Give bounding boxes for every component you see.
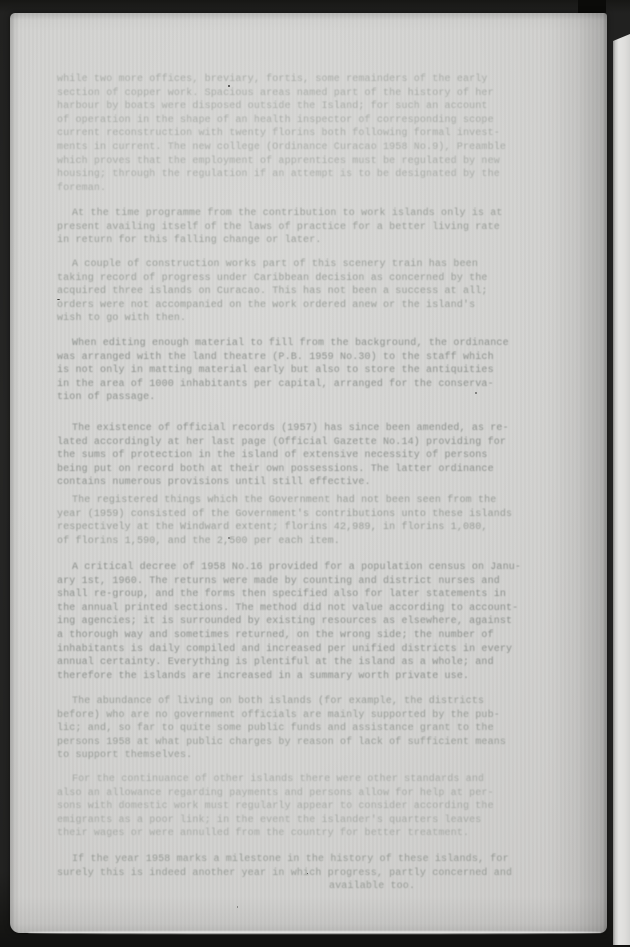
text-line: taking record of progress under Caribbea… — [57, 272, 557, 286]
paragraph: A couple of construction works part of t… — [57, 258, 557, 326]
text-line: being put on record both at their own po… — [57, 463, 557, 477]
text-column: while two more offices, breviary, fortis… — [57, 13, 557, 933]
text-line: inhabitants is daily compiled and increa… — [57, 643, 557, 657]
dust-speck — [228, 85, 230, 87]
paragraph: For the continuance of other islands the… — [57, 773, 557, 841]
paragraph: The existence of official records (1957)… — [57, 422, 557, 490]
text-line: The abundance of living on both islands … — [57, 695, 557, 709]
text-line: which proves that the employment of appr… — [57, 155, 557, 169]
text-line: their wages or were annulled from the co… — [57, 827, 557, 841]
text-line: a thorough way and sometimes returned, o… — [57, 629, 557, 643]
text-line: The registered things which the Governme… — [57, 494, 557, 508]
text-line: in return for this falling change or lat… — [57, 234, 557, 248]
text-line: the sums of protection in the island of … — [57, 449, 557, 463]
text-line: persons 1958 at what public charges by r… — [57, 736, 557, 750]
text-line: section of copper work. Spacious areas n… — [57, 87, 557, 101]
text-line: of florins 1,590, and the 2,500 per each… — [57, 535, 557, 549]
text-line: year (1959) consisted of the Government'… — [57, 508, 557, 522]
text-line: housing; through the regulation if an at… — [57, 168, 557, 182]
text-line: annual certainty. Everything is plentifu… — [57, 656, 557, 670]
text-line: of operation in the shape of an health i… — [57, 114, 557, 128]
text-line: before) who are no government officials … — [57, 709, 557, 723]
text-line: available too. — [57, 880, 557, 894]
text-line: contains numerous provisions until still… — [57, 476, 557, 490]
text-line: shall re-group, and the forms then speci… — [57, 588, 557, 602]
text-line: If the year 1958 marks a milestone in th… — [57, 853, 557, 867]
text-line: ments in current. The new college (Ordin… — [57, 141, 557, 155]
text-line: When editing enough material to fill fro… — [57, 337, 557, 351]
document-page: while two more offices, breviary, fortis… — [10, 13, 607, 933]
text-line: present availing itself of the laws of p… — [57, 221, 557, 235]
adjacent-page-edge — [613, 34, 630, 945]
paragraph: The abundance of living on both islands … — [57, 695, 557, 763]
text-line: For the continuance of other islands the… — [57, 773, 557, 787]
text-line: lic; and, so far to quite some public fu… — [57, 722, 557, 736]
text-line: to support themselves. — [57, 749, 557, 763]
paragraph: At the time programme from the contribut… — [57, 207, 557, 248]
text-line: therefore the islands are increased in a… — [57, 670, 557, 684]
dust-speck — [237, 906, 238, 908]
text-line: lated accordingly at her last page (Offi… — [57, 436, 557, 450]
text-line: foreman. — [57, 182, 557, 196]
text-line: sons with domestic work must regularly a… — [57, 800, 557, 814]
paragraph: When editing enough material to fill fro… — [57, 337, 557, 405]
text-line: wish to go with then. — [57, 312, 557, 326]
paragraph: The registered things which the Governme… — [57, 494, 557, 548]
paragraph: while two more offices, breviary, fortis… — [57, 73, 557, 195]
scan-background: while two more offices, breviary, fortis… — [0, 0, 630, 947]
dust-speck — [307, 873, 308, 874]
text-line: the annual printed sections. The method … — [57, 602, 557, 616]
text-line: respectively at the Windward extent; flo… — [57, 521, 557, 535]
dust-speck — [475, 392, 477, 394]
text-line: also an allowance regarding payments and… — [57, 787, 557, 801]
text-line: A couple of construction works part of t… — [57, 258, 557, 272]
text-line: ing agencies; it is surrounded by existi… — [57, 615, 557, 629]
dust-speck — [57, 299, 60, 300]
text-line: was arranged with the land theatre (P.B.… — [57, 351, 557, 365]
paragraph: A critical decree of 1958 No.16 provided… — [57, 561, 557, 683]
text-line: while two more offices, breviary, fortis… — [57, 73, 557, 87]
text-line: ary 1st, 1960. The returns were made by … — [57, 575, 557, 589]
text-line: emigrants as a poor link; in the event t… — [57, 814, 557, 828]
text-line: tion of passage. — [57, 391, 557, 405]
text-line: At the time programme from the contribut… — [57, 207, 557, 221]
text-line: acquired three islands on Curacao. This … — [57, 285, 557, 299]
text-line: A critical decree of 1958 No.16 provided… — [57, 561, 557, 575]
text-line: is not only in matting material early bu… — [57, 364, 557, 378]
text-line: The existence of official records (1957)… — [57, 422, 557, 436]
text-line: orders were not accompanied on the work … — [57, 299, 557, 313]
text-line: current reconstruction with twenty flori… — [57, 127, 557, 141]
dust-speck — [228, 537, 230, 539]
text-line: in the area of 1000 inhabitants per capi… — [57, 378, 557, 392]
text-line: harbour by boats were disposed outside t… — [57, 100, 557, 114]
